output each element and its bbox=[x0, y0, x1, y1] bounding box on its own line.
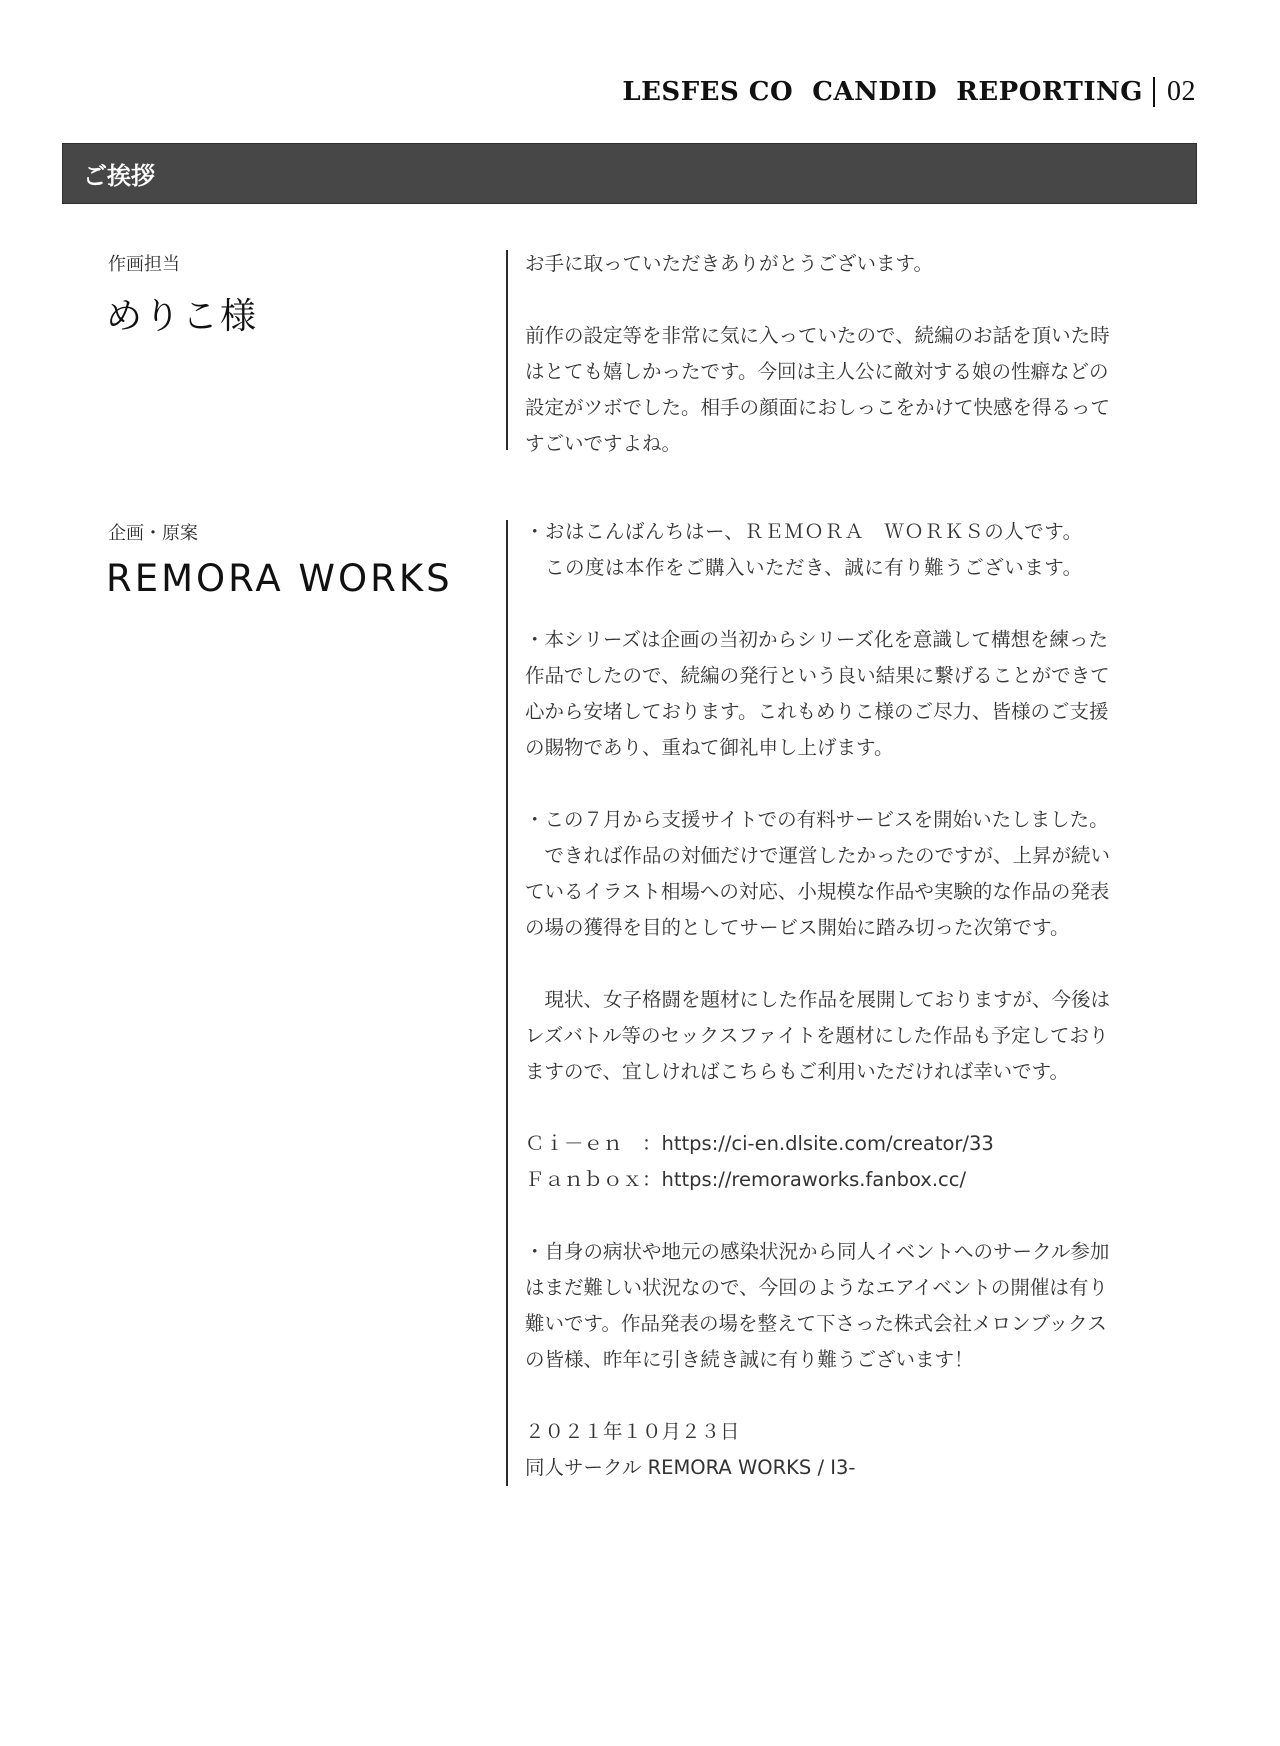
page-header: LESFES CO CANDID REPORTING 02 bbox=[622, 76, 1196, 108]
message-line: 設定がツボでした。相手の顔面におしっこをかけて快感を得るって bbox=[525, 390, 1195, 426]
section-title: ご挨拶 bbox=[83, 156, 155, 191]
message-line: この度は本作をご購入いただき、誠に有り難うございます。 bbox=[525, 550, 1195, 586]
message-line: すごいですよね。 bbox=[525, 426, 1195, 462]
message-line: できれば作品の対価だけで運営したかったのですが、上昇が続い bbox=[525, 838, 1195, 874]
message-line: はとても嬉しかったです。今回は主人公に敵対する娘の性癖などの bbox=[525, 354, 1195, 390]
message-line: お手に取っていただきありがとうございます。 bbox=[525, 246, 1195, 282]
message-line: 心から安堵しております。これもめりこ様のご尽力、皆様のご支援 bbox=[525, 694, 1195, 730]
message-line: ・おはこんばんちはー、ＲＥＭＯＲＡ ＷＯＲＫＳの人です。 bbox=[525, 514, 1195, 550]
person-name: めりこ様 bbox=[106, 288, 258, 339]
signature-circle: 同人サークル REMORA WORKS / I3- bbox=[525, 1450, 1195, 1486]
message-line: 現状、女子格闘を題材にした作品を展開しておりますが、今後は bbox=[525, 982, 1195, 1018]
message-line: の賜物であり、重ねて御礼申し上げます。 bbox=[525, 730, 1195, 766]
message-line: 難いです。作品発表の場を整えて下さった株式会社メロンブックス bbox=[525, 1306, 1195, 1342]
message-line: ・自身の病状や地元の感染状況から同人イベントへのサークル参加 bbox=[525, 1234, 1195, 1270]
message-line: の場の獲得を目的としてサービス開始に踏み切った次第です。 bbox=[525, 910, 1195, 946]
message-line: ますので、宜しければこちらもご利用いただければ幸いです。 bbox=[525, 1054, 1195, 1090]
page-number: 02 bbox=[1167, 76, 1196, 108]
fanbox-link[interactable]: Ｆａｎｂｏｘ：https://remoraworks.fanbox.cc/ bbox=[525, 1162, 1195, 1198]
message-body: ・おはこんばんちはー、ＲＥＭＯＲＡ ＷＯＲＫＳの人です。 この度は本作をご購入い… bbox=[525, 514, 1195, 1486]
message-line: ・この７月から支援サイトでの有料サービスを開始いたしました。 bbox=[525, 802, 1195, 838]
person-name: REMORA WORKS bbox=[106, 557, 453, 600]
message-line: ているイラスト相場への対応、小規模な作品や実験的な作品の発表 bbox=[525, 874, 1195, 910]
role-label: 企画・原案 bbox=[108, 519, 198, 545]
message-line: の皆様、昨年に引き続き誠に有り難うございます！ bbox=[525, 1342, 1195, 1378]
section-heading-bar: ご挨拶 bbox=[62, 143, 1197, 204]
message-body: お手に取っていただきありがとうございます。 前作の設定等を非常に気に入っていたの… bbox=[525, 246, 1195, 462]
header-separator bbox=[1153, 77, 1155, 107]
message-line: 作品でしたので、続編の発行という良い結果に繋げることができて bbox=[525, 658, 1195, 694]
vertical-divider bbox=[506, 250, 508, 450]
ci-en-link[interactable]: Ｃｉ－ｅｎ ：https://ci-en.dlsite.com/creator/… bbox=[525, 1126, 1195, 1162]
vertical-divider bbox=[506, 520, 508, 1486]
message-line: 前作の設定等を非常に気に入っていたので、続編のお話を頂いた時 bbox=[525, 318, 1195, 354]
signature-date: ２０２１年１０月２３日 bbox=[525, 1414, 1195, 1450]
document-title: LESFES CO CANDID REPORTING bbox=[622, 77, 1143, 107]
message-line: はまだ難しい状況なので、今回のようなエアイベントの開催は有り bbox=[525, 1270, 1195, 1306]
message-line: レズバトル等のセックスファイトを題材にした作品も予定しており bbox=[525, 1018, 1195, 1054]
message-line: ・本シリーズは企画の当初からシリーズ化を意識して構想を練った bbox=[525, 622, 1195, 658]
role-label: 作画担当 bbox=[108, 250, 180, 276]
